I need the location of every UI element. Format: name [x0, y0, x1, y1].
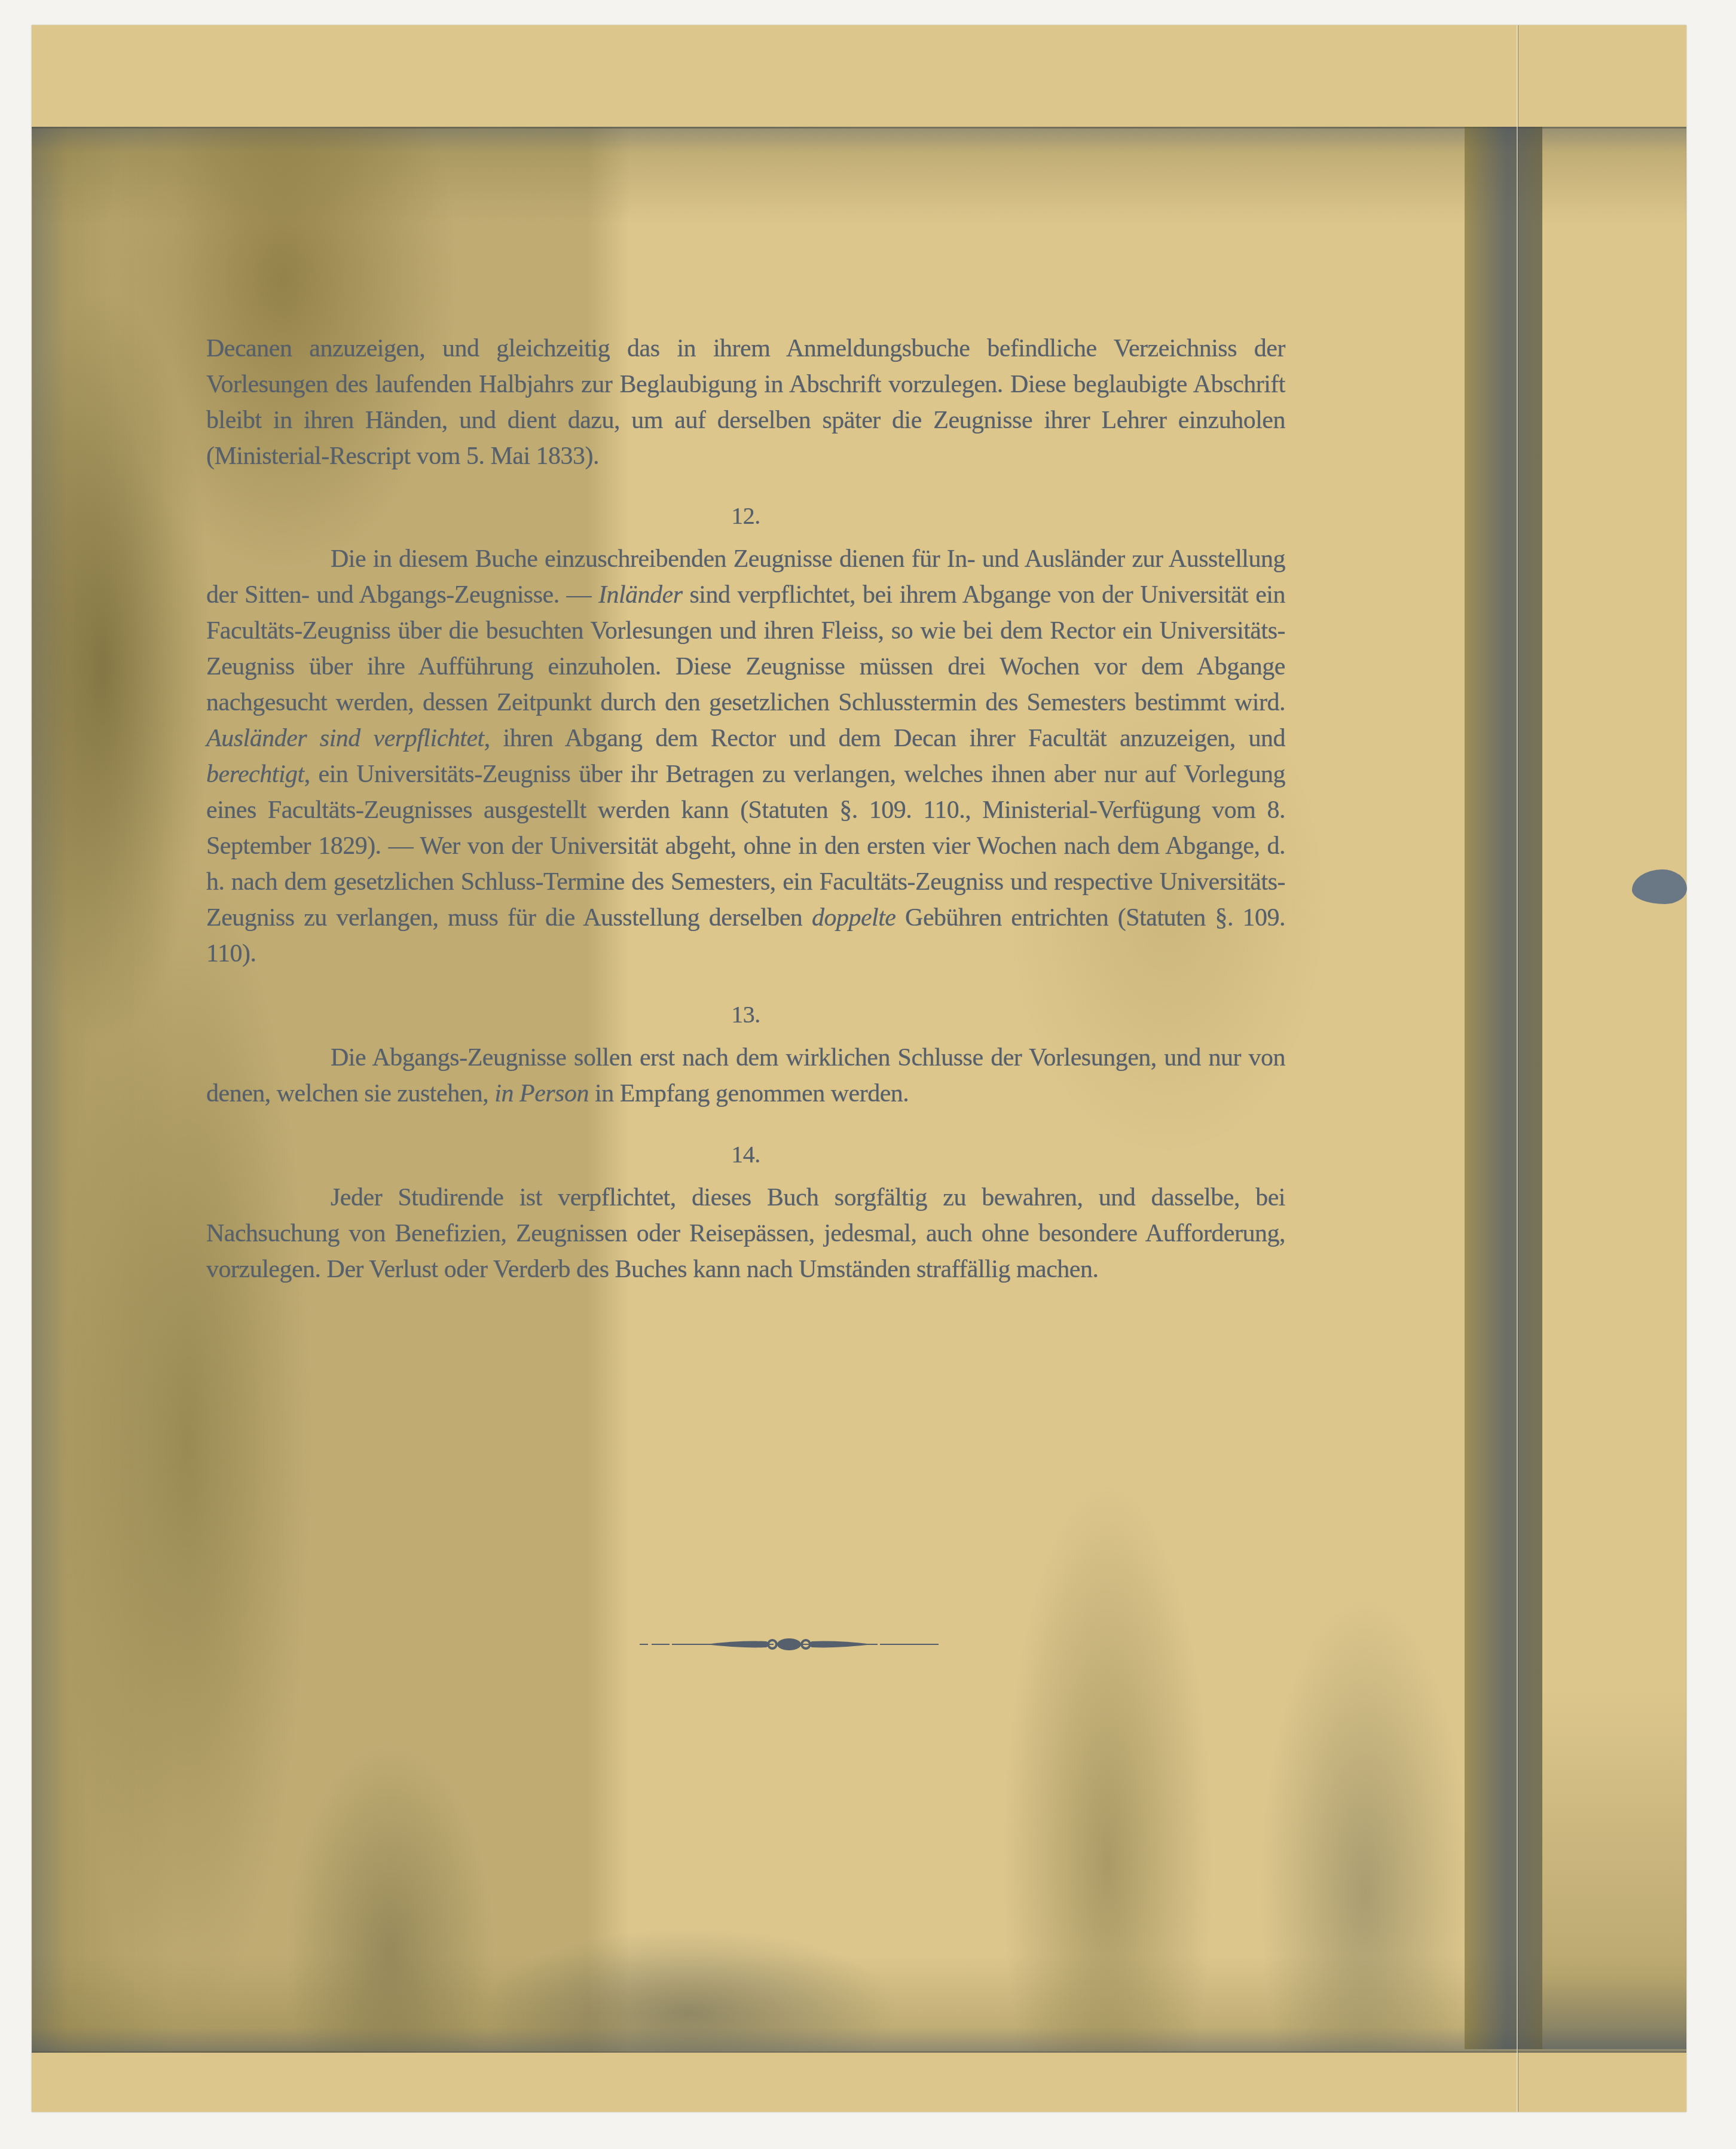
text-segment: Jeder Studirende ist verpflichtet, diese…	[206, 1184, 1285, 1283]
emphasized-text: in Person	[494, 1080, 589, 1107]
continuation-paragraph: Decanen anzuzeigen, und gleichzeitig das…	[206, 331, 1285, 474]
fold-line	[1517, 25, 1518, 2112]
emphasized-text: Inländer	[598, 581, 683, 609]
body-text: Decanen anzuzeigen, und gleichzeitig das…	[206, 331, 1285, 1287]
text-segment: , ihren Abgang dem Rector und dem Decan …	[484, 725, 1285, 752]
section-14-text: Jeder Studirende ist verpflichtet, diese…	[206, 1180, 1285, 1287]
emphasized-text: Ausländer sind verpflichtet	[206, 725, 484, 752]
flourish-ornament-icon	[640, 1635, 939, 1653]
section-number-14: 14.	[206, 1137, 1285, 1173]
right-flap	[1542, 127, 1686, 2049]
emphasized-text: doppelte	[812, 904, 896, 932]
spine-stain-band	[1465, 127, 1542, 2049]
section-number-13: 13.	[206, 997, 1285, 1033]
section-12-text: Die in diesem Buche einzuschreibenden Ze…	[206, 541, 1285, 972]
emphasized-text: berechtigt	[206, 761, 304, 788]
section-13-text: Die Abgangs-Zeugnisse sollen erst nach d…	[206, 1040, 1285, 1112]
section-number-12: 12.	[206, 498, 1285, 534]
text-segment: in Empfang genommen werden.	[589, 1080, 909, 1107]
